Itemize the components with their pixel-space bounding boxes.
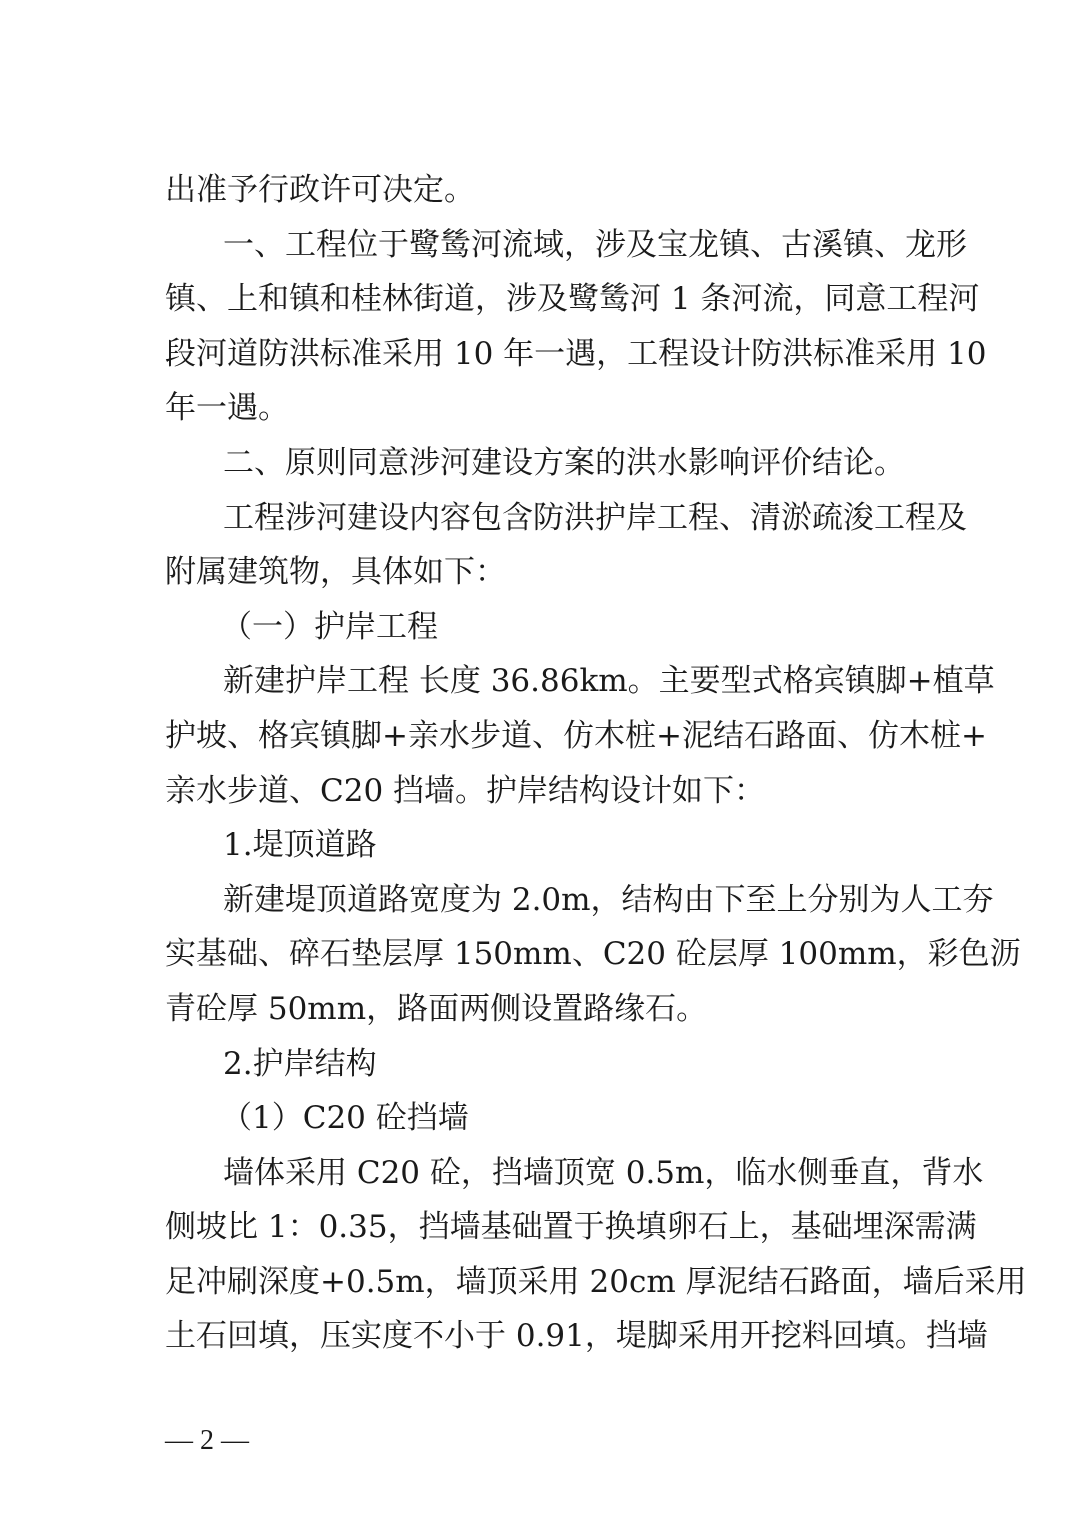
- paragraph-line: 工程涉河建设内容包含防洪护岸工程、清淤疏浚工程及: [165, 491, 911, 546]
- paragraph-line: 土石回填，压实度不小于 0.91，堤脚采用开挖料回填。挡墙: [165, 1309, 911, 1364]
- paragraph-line: 侧坡比 1：0.35，挡墙基础置于换填卵石上，基础埋深需满: [165, 1200, 911, 1255]
- paragraph-line: 护坡、格宾镇脚+亲水步道、仿木桩+泥结石路面、仿木桩+: [165, 709, 911, 764]
- paragraph-line: 实基础、碎石垫层厚 150mm、C20 砼层厚 100mm，彩色沥: [165, 927, 911, 982]
- subsection-heading-c20-wall: （1）C20 砼挡墙: [165, 1091, 911, 1146]
- section-one-heading-line: 一、工程位于鹭鸶河流域，涉及宝龙镇、古溪镇、龙形: [165, 218, 911, 273]
- paragraph-line: 新建堤顶道路宽度为 2.0m，结构由下至上分别为人工夯: [165, 873, 911, 928]
- paragraph-line: 青砼厚 50mm，路面两侧设置路缘石。: [165, 982, 911, 1037]
- document-page: 出准予行政许可决定。 一、工程位于鹭鸶河流域，涉及宝龙镇、古溪镇、龙形 镇、上和…: [0, 0, 1074, 1520]
- subsection-heading-revetment: （一）护岸工程: [165, 600, 911, 655]
- document-body: 出准予行政许可决定。 一、工程位于鹭鸶河流域，涉及宝龙镇、古溪镇、龙形 镇、上和…: [165, 163, 911, 1364]
- page-number: — 2 —: [165, 1421, 249, 1461]
- paragraph-line: 新建护岸工程 长度 36.86km。主要型式格宾镇脚+植草: [165, 654, 911, 709]
- paragraph-line: 足冲刷深度+0.5m，墙顶采用 20cm 厚泥结石路面，墙后采用: [165, 1255, 911, 1310]
- paragraph-line: 亲水步道、C20 挡墙。护岸结构设计如下：: [165, 764, 911, 819]
- paragraph-line: 墙体采用 C20 砼，挡墙顶宽 0.5m，临水侧垂直，背水: [165, 1146, 911, 1201]
- paragraph-line: 附属建筑物，具体如下：: [165, 545, 911, 600]
- section-two-heading-line: 二、原则同意涉河建设方案的洪水影响评价结论。: [165, 436, 911, 491]
- paragraph-line: 段河道防洪标准采用 10 年一遇，工程设计防洪标准采用 10: [165, 327, 911, 382]
- paragraph-line: 镇、上和镇和桂林街道，涉及鹭鸶河 1 条河流，同意工程河: [165, 272, 911, 327]
- paragraph-line: 年一遇。: [165, 381, 911, 436]
- subsection-heading-revetment-structure: 2.护岸结构: [165, 1037, 911, 1092]
- paragraph-line: 出准予行政许可决定。: [165, 163, 911, 218]
- subsection-heading-embankment-road: 1.堤顶道路: [165, 818, 911, 873]
